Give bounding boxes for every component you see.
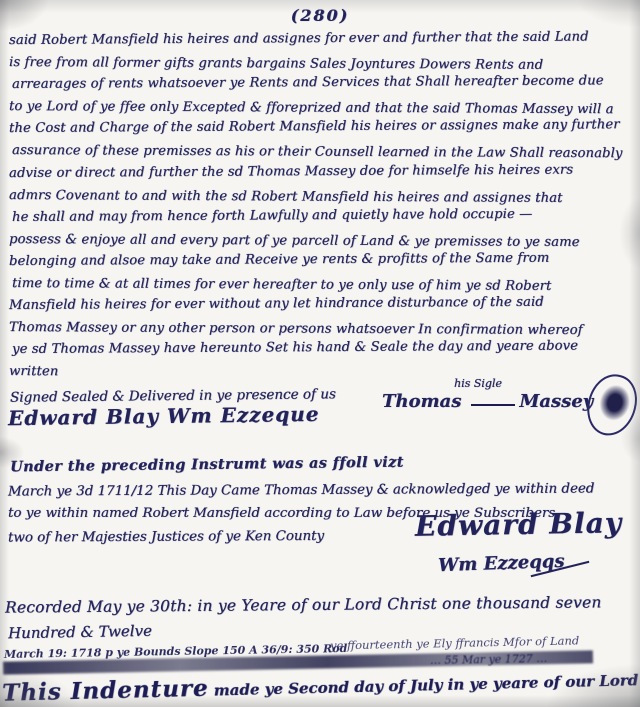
bleedthrough-fragment-3: … 55 Mar ye 1727 … [430,652,547,667]
deed-body-line: belonging and alsoe may take and Receive… [9,247,638,273]
indenture-opening-rest: made ye Second day of July in ye yeare o… [214,669,640,699]
deed-body-line: said Robert Mansfield his heires and ass… [9,26,638,52]
bleedthrough-fragment-2: ye ffourteenth ye Ely ffrancis Mfor of L… [330,633,579,652]
deed-body-line: he shall and may from hence forth Lawful… [9,203,638,229]
deed-body-text: said Robert Mansfield his heires and ass… [9,30,638,384]
deed-body-line: Mansfield his heires for ever without an… [9,291,638,317]
mark-label: his Sigle [454,377,502,390]
page-number: (280) [0,6,640,25]
acknowledgment-heading: Under the preceding Instrumt was as ffol… [10,454,404,476]
indenture-opening-words: This Indenture [2,675,209,707]
recording-line-2: Hundred & Twelve [8,622,152,643]
witness-signatures: Edward Blay Wm Ezzeque [8,402,320,430]
signer-last-name: Massey [519,391,593,412]
signer-mark-stroke [471,404,515,406]
deed-body-line: the Cost and Charge of the said Robert M… [9,115,638,141]
justice-signature-edward-blay: Edward Blay [415,506,623,543]
document-page: (280) said Robert Mansfield his heires a… [0,0,640,707]
deed-body-line: advise or direct and further the sd Thom… [9,159,638,185]
deed-body-line: written [9,361,638,386]
deed-body-line: arrearages of rents whatsoever ye Rents … [9,70,638,96]
deed-body-line: ye sd Thomas Massey have hereunto Set hi… [9,335,638,361]
signer-first-name: Thomas [382,391,461,412]
acknowledgment-line: March ye 3d 1711/12 This Day Came Thomas… [8,477,594,503]
recording-line-1: Recorded May ye 30th: in ye Yeare of our… [5,593,602,616]
